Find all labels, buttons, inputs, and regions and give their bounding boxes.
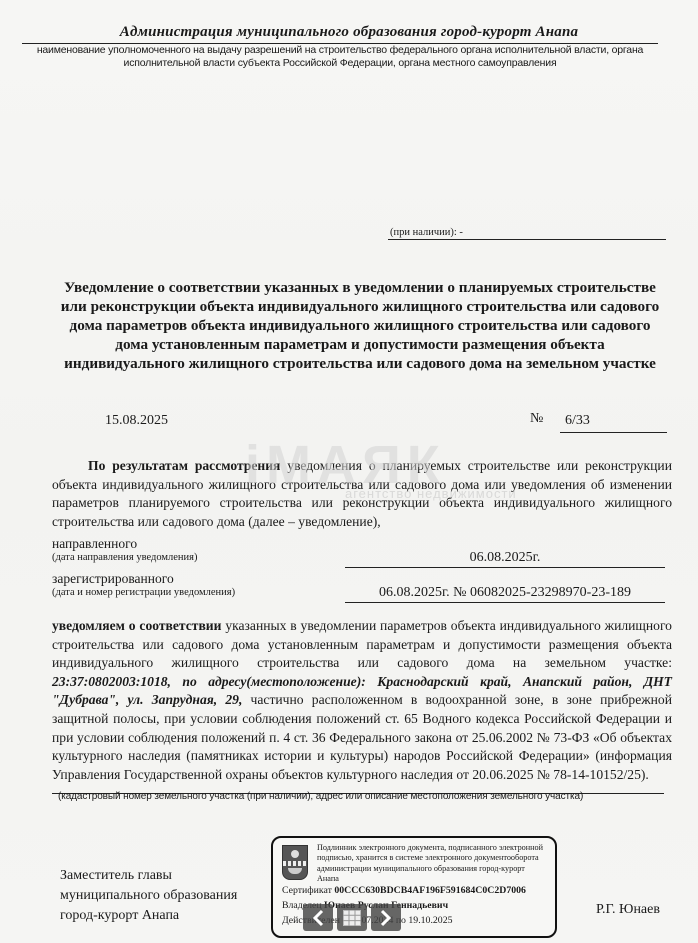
sent-date: 06.08.2025г. — [345, 550, 665, 566]
thumbnail-grid-button[interactable] — [337, 904, 367, 931]
divider — [388, 239, 666, 240]
chevron-left-icon — [311, 909, 325, 927]
coat-of-arms-icon — [282, 845, 308, 880]
registered-label: зарегистрированного — [52, 571, 174, 587]
signer-position-line: город-курорт Анапа — [60, 906, 237, 926]
sent-label: направленного — [52, 536, 137, 552]
location-caption: (кадастровый номер земельного участка (п… — [58, 791, 583, 802]
intro-paragraph: По результатам рассмотрения уведомления … — [52, 457, 672, 531]
intro-lead: По результатам рассмотрения — [88, 458, 280, 473]
organization-caption: наименование уполномоченного на выдачу р… — [22, 44, 658, 70]
certificate-row: Сертификат 00CCC630BDCB4AF196F591684C0C2… — [282, 885, 526, 896]
stamp-notice: Подлинник электронного документа, подпис… — [317, 843, 547, 885]
sent-hint: (дата направления уведомления) — [52, 552, 197, 563]
registered-hint: (дата и номер регистрации уведомления) — [52, 587, 235, 598]
next-page-button[interactable] — [371, 904, 401, 931]
divider — [345, 602, 665, 603]
signer-position-line: Заместитель главы — [60, 866, 237, 886]
signer-position-line: муниципального образования — [60, 886, 237, 906]
grid-icon — [343, 910, 361, 926]
document-number: 6/33 — [565, 413, 590, 429]
decision-paragraph: уведомляем о соответствии указанных в ув… — [52, 617, 672, 784]
number-sign: № — [530, 411, 543, 427]
document-title: Уведомление о соответствии указанных в у… — [60, 278, 660, 373]
signer-position: Заместитель главы муниципального образов… — [60, 866, 237, 926]
decision-lead: уведомляем о соответствии — [52, 618, 221, 633]
document-page: Администрация муниципального образования… — [0, 0, 698, 943]
registration-value: 06.08.2025г. № 06082025-23298970-23-189 — [345, 585, 665, 601]
divider — [345, 567, 665, 568]
previous-page-button[interactable] — [303, 904, 333, 931]
divider — [560, 432, 667, 433]
document-date: 15.08.2025 — [105, 413, 168, 429]
certificate-id: 00CCC630BDCB4AF196F591684C0C2D7006 — [334, 885, 526, 896]
organization-name: Администрация муниципального образования… — [0, 24, 698, 41]
signer-name: Р.Г. Юнаев — [596, 902, 660, 918]
chevron-right-icon — [379, 909, 393, 927]
optional-note: (при наличии): - — [390, 227, 463, 238]
